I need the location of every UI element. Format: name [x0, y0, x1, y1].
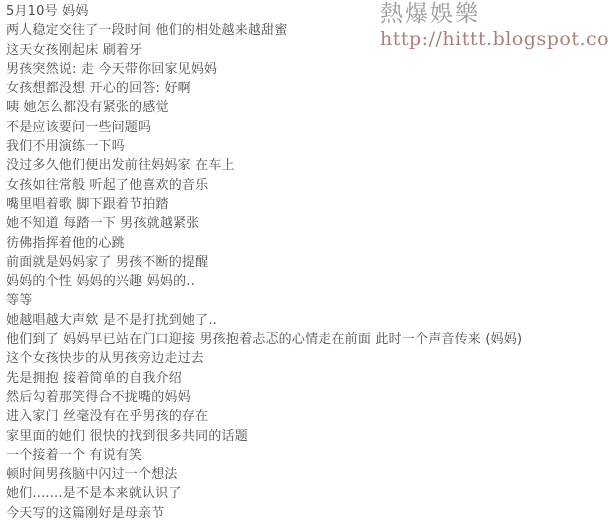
story-line: 她们.......是不是本来就认识了 — [6, 484, 606, 503]
story-line: 彷佛指挥着他的心跳 — [6, 234, 606, 253]
story-line: 女孩想都没想 开心的回答: 好啊 — [6, 79, 606, 98]
blog-post-page: 5月10号 妈妈 两人稳定交往了一段时间 他们的相处越来越甜蜜 这天女孩刚起床 … — [0, 0, 608, 528]
story-line: 她越唱越大声欸 是不是打扰到她了.. — [6, 311, 606, 330]
story-line: 等等 — [6, 291, 606, 310]
story-line: 然后勾着那笑得合不拢嘴的妈妈 — [6, 388, 606, 407]
story-line: 一个接着一个 有说有笑 — [6, 446, 606, 465]
story-line: 她不知道 每踏一下 男孩就越紧张 — [6, 214, 606, 233]
story-line: 咦 她怎么都没有紧张的感觉 — [6, 98, 606, 117]
story-line: 女孩如往常般 听起了他喜欢的音乐 — [6, 176, 606, 195]
story-line: 他们到了 妈妈早已站在门口迎接 男孩抱着忐忑的心情走在前面 此时一个声音传来 (… — [6, 330, 606, 349]
story-line: 家里面的她们 很快的找到很多共同的话题 — [6, 427, 606, 446]
story-line: 今天写的这篇刚好是母亲节 — [6, 504, 606, 523]
story-line: 进入家门 丝毫没有在乎男孩的存在 — [6, 407, 606, 426]
story-line: 我们不用演练一下吗 — [6, 137, 606, 156]
watermark-site-name: 熱爆娛樂 — [380, 0, 608, 28]
story-line: 前面就是妈妈家了 男孩不断的提醒 — [6, 253, 606, 272]
story-line: 妈妈的个性 妈妈的兴趣 妈妈的.. — [6, 272, 606, 291]
story-line: 嘴里唱着歌 脚下跟着节拍踏 — [6, 195, 606, 214]
story-line: 男孩突然说: 走 今天带你回家见妈妈 — [6, 60, 606, 79]
story-line: 先是拥抱 接着简单的自我介绍 — [6, 369, 606, 388]
story-line: 顿时间男孩脑中闪过一个想法 — [6, 465, 606, 484]
site-watermark: 熱爆娛樂 http://hittt.blogspot.com — [380, 0, 608, 50]
watermark-site-url: http://hittt.blogspot.com — [380, 28, 608, 50]
story-line: 不是应该要问一些问题吗 — [6, 118, 606, 137]
story-text: 5月10号 妈妈 两人稳定交往了一段时间 他们的相处越来越甜蜜 这天女孩刚起床 … — [6, 2, 606, 523]
story-line: 这个女孩快步的从男孩旁边走过去 — [6, 349, 606, 368]
story-line: 没过多久他们便出发前往妈妈家 在车上 — [6, 156, 606, 175]
